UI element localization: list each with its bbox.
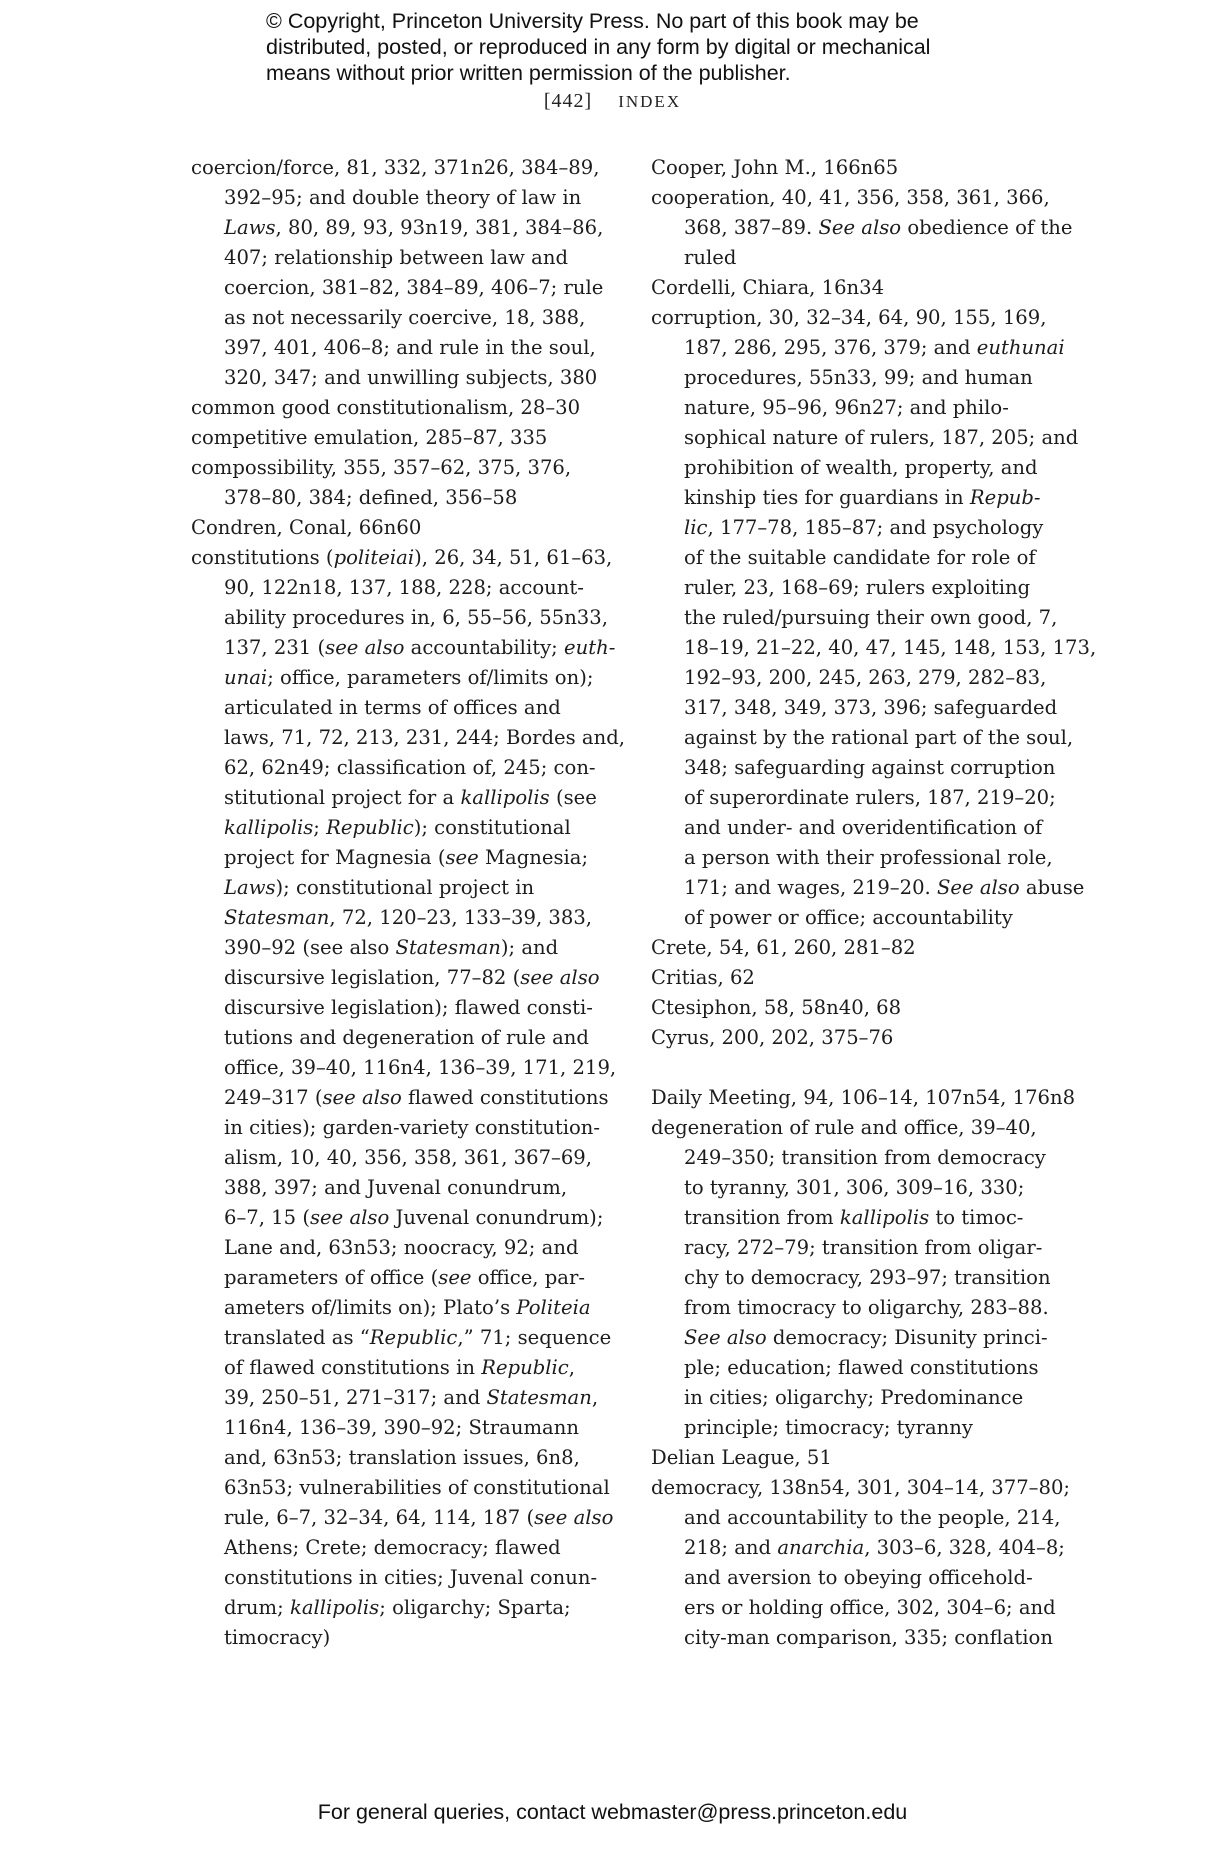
text: in cities); garden-variety constitution- xyxy=(224,1116,600,1139)
text: office, 39–40, 116n4, 136–39, 171, 219, xyxy=(224,1056,616,1079)
italic-text: kallipolis xyxy=(224,816,313,839)
index-entry-continuation: ple; education; flawed constitutions xyxy=(651,1353,1071,1383)
index-entry-continuation: in cities); garden-variety constitution- xyxy=(191,1113,611,1143)
italic-text: kallipolis xyxy=(840,1206,929,1229)
italic-text: see also xyxy=(534,1506,613,1529)
index-entry-continuation: transition from kallipolis to timoc- xyxy=(651,1203,1071,1233)
index-entry-continuation: laws, 71, 72, 213, 231, 244; Bordes and, xyxy=(191,723,611,753)
text: Lane and, 63n53; noocracy, 92; and xyxy=(224,1236,579,1259)
index-entry-continuation: 62, 62n49; classification of, 245; con- xyxy=(191,753,611,783)
index-entry-heading: Delian League, 51 xyxy=(651,1443,1071,1473)
index-entry-continuation: 348; safeguarding against corruption xyxy=(651,753,1071,783)
text: , 80, 89, 93, 93n19, 381, 384–86, xyxy=(276,216,604,239)
index-entry-heading: corruption, 30, 32–34, 64, 90, 155, 169, xyxy=(651,303,1071,333)
text: competitive emulation, 285–87, 335 xyxy=(191,426,547,449)
index-entry: cooperation, 40, 41, 356, 358, 361, 366,… xyxy=(651,183,1071,273)
index-entry-continuation: stitutional project for a kallipolis (se… xyxy=(191,783,611,813)
text: degeneration of rule and office, 39–40, xyxy=(651,1116,1037,1139)
italic-text: unai xyxy=(224,666,267,689)
index-column-left: coercion/force, 81, 332, 371n26, 384–89,… xyxy=(191,153,611,1653)
text: a person with their professional role, xyxy=(684,846,1053,869)
text: 368, 387–89. xyxy=(684,216,818,239)
text: ); constitutional xyxy=(414,816,571,839)
index-entry-continuation: as not necessarily coercive, 18, 388, xyxy=(191,303,611,333)
index-entry-continuation: 392–95; and double theory of law in xyxy=(191,183,611,213)
index-entry-heading: democracy, 138n54, 301, 304–14, 377–80; xyxy=(651,1473,1071,1503)
text: 397, 401, 406–8; and rule in the soul, xyxy=(224,336,596,359)
text: 249–317 ( xyxy=(224,1086,322,1109)
index-entry-heading: Crete, 54, 61, 260, 281–82 xyxy=(651,933,1071,963)
text: ); and xyxy=(501,936,558,959)
text: 390–92 (see also xyxy=(224,936,396,959)
index-entry-continuation: nature, 95–96, 96n27; and philo- xyxy=(651,393,1071,423)
italic-text: euthunai xyxy=(977,336,1065,359)
index-entry: Delian League, 51 xyxy=(651,1443,1071,1473)
text: parameters of office ( xyxy=(224,1266,438,1289)
text: 62, 62n49; classification of, 245; con- xyxy=(224,756,596,779)
index-entry-continuation: 218; and anarchia, 303–6, 328, 404–8; xyxy=(651,1533,1071,1563)
text: 116n4, 136–39, 390–92; Straumann xyxy=(224,1416,579,1439)
index-entry-continuation: kallipolis; Republic); constitutional xyxy=(191,813,611,843)
index-entry-continuation: of superordinate rulers, 187, 219–20; xyxy=(651,783,1071,813)
text: Magnesia; xyxy=(479,846,588,869)
italic-text: Laws xyxy=(224,876,276,899)
index-entry-continuation: 6–7, 15 (see also Juvenal conundrum); xyxy=(191,1203,611,1233)
index-entry-continuation: discursive legislation, 77–82 (see also xyxy=(191,963,611,993)
text: city-man comparison, 335; conflation xyxy=(684,1626,1053,1649)
index-entry: degeneration of rule and office, 39–40,2… xyxy=(651,1113,1071,1443)
italic-text: anarchia xyxy=(777,1536,864,1559)
text: 18–19, 21–22, 40, 47, 145, 148, 153, 173… xyxy=(684,636,1096,659)
index-entry-continuation: articulated in terms of offices and xyxy=(191,693,611,723)
index-entry-continuation: Lane and, 63n53; noocracy, 92; and xyxy=(191,1233,611,1263)
text: compossibility, 355, 357–62, 375, 376, xyxy=(191,456,571,479)
text: 63n53; vulnerabilities of constitutional xyxy=(224,1476,610,1499)
index-entry-heading: compossibility, 355, 357–62, 375, 376, xyxy=(191,453,611,483)
text: ruled xyxy=(684,246,736,269)
index-entry-continuation: principle; timocracy; tyranny xyxy=(651,1413,1071,1443)
italic-text: see xyxy=(445,846,478,869)
copyright-line: © Copyright, Princeton University Press.… xyxy=(266,8,1026,34)
index-entry-continuation: ameters of/limits on); Plato’s Politeia xyxy=(191,1293,611,1323)
text: articulated in terms of offices and xyxy=(224,696,561,719)
index-entry-continuation: 39, 250–51, 271–317; and Statesman, xyxy=(191,1383,611,1413)
index-entry-continuation: from timocracy to oligarchy, 283–88. xyxy=(651,1293,1071,1323)
text: , xyxy=(569,1356,575,1379)
text: 392–95; and double theory of law in xyxy=(224,186,581,209)
italic-text: see also xyxy=(310,1206,389,1229)
text: Juvenal conundrum); xyxy=(389,1206,603,1229)
index-entry: Critias, 62 xyxy=(651,963,1071,993)
text: and, 63n53; translation issues, 6n8, xyxy=(224,1446,580,1469)
index-entry: Daily Meeting, 94, 106–14, 107n54, 176n8 xyxy=(651,1083,1071,1113)
index-entry: democracy, 138n54, 301, 304–14, 377–80;a… xyxy=(651,1473,1071,1653)
text: laws, 71, 72, 213, 231, 244; Bordes and, xyxy=(224,726,625,749)
index-entry-continuation: 407; relationship between law and xyxy=(191,243,611,273)
text: 218; and xyxy=(684,1536,777,1559)
index-entry-heading: constitutions (politeiai), 26, 34, 51, 6… xyxy=(191,543,611,573)
italic-text: Republic xyxy=(370,1326,458,1349)
text: 187, 286, 295, 376, 379; and xyxy=(684,336,977,359)
index-entry: coercion/force, 81, 332, 371n26, 384–89,… xyxy=(191,153,611,393)
index-entry-heading: Cooper, John M., 166n65 xyxy=(651,153,1071,183)
text: , 303–6, 328, 404–8; xyxy=(864,1536,1065,1559)
italic-text: kallipolis xyxy=(460,786,549,809)
index-entry: competitive emulation, 285–87, 335 xyxy=(191,423,611,453)
text: constitutions ( xyxy=(191,546,334,569)
text: tutions and degeneration of rule and xyxy=(224,1026,589,1049)
index-entry-continuation: in cities; oligarchy; Predominance xyxy=(651,1383,1071,1413)
index-entry-continuation: and accountability to the people, 214, xyxy=(651,1503,1071,1533)
index-entry-continuation: 249–350; transition from democracy xyxy=(651,1143,1071,1173)
index-entry-continuation: kinship ties for guardians in Repub- xyxy=(651,483,1071,513)
text: 249–350; transition from democracy xyxy=(684,1146,1046,1169)
text: from timocracy to oligarchy, 283–88. xyxy=(684,1296,1049,1319)
text: abuse xyxy=(1020,876,1085,899)
index-entry-heading: coercion/force, 81, 332, 371n26, 384–89, xyxy=(191,153,611,183)
text: nature, 95–96, 96n27; and philo- xyxy=(684,396,1009,419)
text: and under- and overidentification of xyxy=(684,816,1042,839)
index-entry-continuation: 368, 387–89. See also obedience of the xyxy=(651,213,1071,243)
index-entry-continuation: ability procedures in, 6, 55–56, 55n33, xyxy=(191,603,611,633)
italic-text: see xyxy=(438,1266,471,1289)
text: discursive legislation, 77–82 ( xyxy=(224,966,520,989)
index-entry-continuation: 187, 286, 295, 376, 379; and euthunai xyxy=(651,333,1071,363)
text: ameters of/limits on); Plato’s xyxy=(224,1296,516,1319)
footer-contact: For general queries, contact webmaster@p… xyxy=(0,1800,1225,1825)
text: 378–80, 384; defined, 356–58 xyxy=(224,486,517,509)
copyright-line: means without prior written permission o… xyxy=(266,60,1026,86)
italic-text: Laws xyxy=(224,216,276,239)
index-entry-heading: Critias, 62 xyxy=(651,963,1071,993)
text: of superordinate rulers, 187, 219–20; xyxy=(684,786,1056,809)
text: discursive legislation); flawed consti- xyxy=(224,996,593,1019)
index-entry-heading: cooperation, 40, 41, 356, 358, 361, 366, xyxy=(651,183,1071,213)
text: of power or office; accountability xyxy=(684,906,1013,929)
text: rule, 6–7, 32–34, 64, 114, 187 ( xyxy=(224,1506,534,1529)
index-entry-continuation: See also democracy; Disunity princi- xyxy=(651,1323,1071,1353)
index-entry-continuation: 90, 122n18, 137, 188, 228; account- xyxy=(191,573,611,603)
text: as not necessarily coercive, 18, 388, xyxy=(224,306,585,329)
text: democracy; Disunity princi- xyxy=(767,1326,1048,1349)
blank-line xyxy=(651,1053,1071,1083)
section-gap xyxy=(651,1053,1071,1083)
italic-text: See also xyxy=(937,876,1020,899)
text: common good constitutionalism, 28–30 xyxy=(191,396,580,419)
text: Cordelli, Chiara, 16n34 xyxy=(651,276,884,299)
italic-text: Republic xyxy=(326,816,414,839)
text: 192–93, 200, 245, 263, 279, 282–83, xyxy=(684,666,1046,689)
text: timocracy) xyxy=(224,1626,330,1649)
text: , xyxy=(592,1386,598,1409)
index-entry-continuation: Laws); constitutional project in xyxy=(191,873,611,903)
index-entry-continuation: procedures, 55n33, 99; and human xyxy=(651,363,1071,393)
index-entry-continuation: and aversion to obeying officehold- xyxy=(651,1563,1071,1593)
index-entry-continuation: timocracy) xyxy=(191,1623,611,1653)
index-entry-heading: competitive emulation, 285–87, 335 xyxy=(191,423,611,453)
text: flawed constitutions xyxy=(402,1086,609,1109)
text: ,” 71; sequence xyxy=(457,1326,611,1349)
italic-text: See also xyxy=(818,216,901,239)
index-entry-continuation: tutions and degeneration of rule and xyxy=(191,1023,611,1053)
index-entry-continuation: 137, 231 (see also accountability; euth- xyxy=(191,633,611,663)
text: sophical nature of rulers, 187, 205; and xyxy=(684,426,1078,449)
index-entry-continuation: 171; and wages, 219–20. See also abuse xyxy=(651,873,1071,903)
index-entry: corruption, 30, 32–34, 64, 90, 155, 169,… xyxy=(651,303,1071,933)
text: obedience of the xyxy=(901,216,1072,239)
index-entry-continuation: 249–317 (see also flawed constitutions xyxy=(191,1083,611,1113)
index-entry-continuation: discursive legislation); flawed consti- xyxy=(191,993,611,1023)
text: and aversion to obeying officehold- xyxy=(684,1566,1033,1589)
text: ), 26, 34, 51, 61–63, xyxy=(414,546,612,569)
text: 348; safeguarding against corruption xyxy=(684,756,1055,779)
index-entry-continuation: ruled xyxy=(651,243,1071,273)
index-entry: Cooper, John M., 166n65 xyxy=(651,153,1071,183)
index-entry: Condren, Conal, 66n60 xyxy=(191,513,611,543)
index-entry-continuation: and, 63n53; translation issues, 6n8, xyxy=(191,1443,611,1473)
index-entry-continuation: 18–19, 21–22, 40, 47, 145, 148, 153, 173… xyxy=(651,633,1071,663)
copyright-notice: © Copyright, Princeton University Press.… xyxy=(266,8,1026,86)
index-entry-continuation: city-man comparison, 335; conflation xyxy=(651,1623,1071,1653)
text: Crete, 54, 61, 260, 281–82 xyxy=(651,936,916,959)
text: 317, 348, 349, 373, 396; safeguarded xyxy=(684,696,1057,719)
index-entry-continuation: 378–80, 384; defined, 356–58 xyxy=(191,483,611,513)
index-entry-continuation: to tyranny, 301, 306, 309–16, 330; xyxy=(651,1173,1071,1203)
italic-text: Politeia xyxy=(516,1296,590,1319)
index-entry-continuation: 388, 397; and Juvenal conundrum, xyxy=(191,1173,611,1203)
index-entry: compossibility, 355, 357–62, 375, 376,37… xyxy=(191,453,611,513)
index-entry-heading: Ctesiphon, 58, 58n40, 68 xyxy=(651,993,1071,1023)
text: and accountability to the people, 214, xyxy=(684,1506,1060,1529)
page-number: [442] xyxy=(544,90,592,112)
index-entry-continuation: a person with their professional role, xyxy=(651,843,1071,873)
text: drum; xyxy=(224,1596,290,1619)
text: ); constitutional project in xyxy=(276,876,535,899)
index-entry-continuation: 390–92 (see also Statesman); and xyxy=(191,933,611,963)
text: procedures, 55n33, 99; and human xyxy=(684,366,1033,389)
text: the ruled/pursuing their own good, 7, xyxy=(684,606,1057,629)
index-entry-continuation: 116n4, 136–39, 390–92; Straumann xyxy=(191,1413,611,1443)
index-entry-continuation: against by the rational part of the soul… xyxy=(651,723,1071,753)
text: to timoc- xyxy=(929,1206,1023,1229)
text: of the suitable candidate for role of xyxy=(684,546,1036,569)
italic-text: lic xyxy=(684,516,708,539)
index-column-right: Cooper, John M., 166n65cooperation, 40, … xyxy=(651,153,1071,1653)
text: democracy, 138n54, 301, 304–14, 377–80; xyxy=(651,1476,1070,1499)
text: kinship ties for guardians in xyxy=(684,486,970,509)
index-entry-continuation: sophical nature of rulers, 187, 205; and xyxy=(651,423,1071,453)
text: project for Magnesia ( xyxy=(224,846,445,869)
text: Cyrus, 200, 202, 375–76 xyxy=(651,1026,893,1049)
index-entry-continuation: coercion, 381–82, 384–89, 406–7; rule xyxy=(191,273,611,303)
text: against by the rational part of the soul… xyxy=(684,726,1073,749)
text: coercion, 381–82, 384–89, 406–7; rule xyxy=(224,276,603,299)
text: Ctesiphon, 58, 58n40, 68 xyxy=(651,996,901,1019)
italic-text: Repub- xyxy=(970,486,1041,509)
index-entry-heading: Daily Meeting, 94, 106–14, 107n54, 176n8 xyxy=(651,1083,1071,1113)
index-entry-continuation: unai; office, parameters of/limits on); xyxy=(191,663,611,693)
text: constitutions in cities; Juvenal conun- xyxy=(224,1566,597,1589)
text: 39, 250–51, 271–317; and xyxy=(224,1386,486,1409)
text: cooperation, 40, 41, 356, 358, 361, 366, xyxy=(651,186,1050,209)
italic-text: see also xyxy=(322,1086,401,1109)
index-entry-continuation: 320, 347; and unwilling subjects, 380 xyxy=(191,363,611,393)
text: coercion/force, 81, 332, 371n26, 384–89, xyxy=(191,156,599,179)
index-entry-continuation: chy to democracy, 293–97; transition xyxy=(651,1263,1071,1293)
italic-text: see also xyxy=(520,966,599,989)
italic-text: Statesman xyxy=(224,906,329,929)
index-entry-continuation: lic, 177–78, 185–87; and psychology xyxy=(651,513,1071,543)
italic-text: Statesman xyxy=(486,1386,591,1409)
text: ; xyxy=(313,816,326,839)
text: to tyranny, 301, 306, 309–16, 330; xyxy=(684,1176,1024,1199)
italic-text: Republic xyxy=(481,1356,569,1379)
text: 6–7, 15 ( xyxy=(224,1206,310,1229)
italic-text: kallipolis xyxy=(290,1596,379,1619)
index-entry-continuation: and under- and overidentification of xyxy=(651,813,1071,843)
index-entry-continuation: rule, 6–7, 32–34, 64, 114, 187 (see also xyxy=(191,1503,611,1533)
text: ability procedures in, 6, 55–56, 55n33, xyxy=(224,606,608,629)
italic-text: Statesman xyxy=(396,936,501,959)
text: ple; education; flawed constitutions xyxy=(684,1356,1039,1379)
index-entry-continuation: 317, 348, 349, 373, 396; safeguarded xyxy=(651,693,1071,723)
text: 407; relationship between law and xyxy=(224,246,568,269)
index-entry-continuation: alism, 10, 40, 356, 358, 361, 367–69, xyxy=(191,1143,611,1173)
text: corruption, 30, 32–34, 64, 90, 155, 169, xyxy=(651,306,1046,329)
index-entry-continuation: ruler, 23, 168–69; rulers exploiting xyxy=(651,573,1071,603)
index-entry-continuation: ers or holding office, 302, 304–6; and xyxy=(651,1593,1071,1623)
index-entry-continuation: of the suitable candidate for role of xyxy=(651,543,1071,573)
index-entry-continuation: parameters of office (see office, par- xyxy=(191,1263,611,1293)
italic-text: euth- xyxy=(564,636,615,659)
copyright-line: distributed, posted, or reproduced in an… xyxy=(266,34,1026,60)
index-entry-continuation: the ruled/pursuing their own good, 7, xyxy=(651,603,1071,633)
index-entry-continuation: office, 39–40, 116n4, 136–39, 171, 219, xyxy=(191,1053,611,1083)
text: Athens; Crete; democracy; flawed xyxy=(224,1536,561,1559)
index-entry: Ctesiphon, 58, 58n40, 68 xyxy=(651,993,1071,1023)
section-title: INDEX xyxy=(618,92,681,111)
text: racy, 272–79; transition from oligar- xyxy=(684,1236,1042,1259)
index-entry-continuation: Laws, 80, 89, 93, 93n19, 381, 384–86, xyxy=(191,213,611,243)
index-entry-continuation: of flawed constitutions in Republic, xyxy=(191,1353,611,1383)
text: Cooper, John M., 166n65 xyxy=(651,156,898,179)
text: office, par- xyxy=(472,1266,585,1289)
index-entry-heading: common good constitutionalism, 28–30 xyxy=(191,393,611,423)
text: translated as “ xyxy=(224,1326,370,1349)
text: 171; and wages, 219–20. xyxy=(684,876,937,899)
text: (see xyxy=(550,786,597,809)
text: 90, 122n18, 137, 188, 228; account- xyxy=(224,576,584,599)
index-entry-continuation: Statesman, 72, 120–23, 133–39, 383, xyxy=(191,903,611,933)
text: ; office, parameters of/limits on); xyxy=(267,666,593,689)
text: prohibition of wealth, property, and xyxy=(684,456,1038,479)
index-entry-continuation: constitutions in cities; Juvenal conun- xyxy=(191,1563,611,1593)
index-entry-continuation: drum; kallipolis; oligarchy; Sparta; xyxy=(191,1593,611,1623)
index-entry: Cyrus, 200, 202, 375–76 xyxy=(651,1023,1071,1053)
text: ; oligarchy; Sparta; xyxy=(379,1596,570,1619)
text: ers or holding office, 302, 304–6; and xyxy=(684,1596,1056,1619)
text: 320, 347; and unwilling subjects, 380 xyxy=(224,366,597,389)
text: , 177–78, 185–87; and psychology xyxy=(708,516,1044,539)
index-entry-heading: Cyrus, 200, 202, 375–76 xyxy=(651,1023,1071,1053)
index-entry: common good constitutionalism, 28–30 xyxy=(191,393,611,423)
index-entry-heading: degeneration of rule and office, 39–40, xyxy=(651,1113,1071,1143)
index-entry-continuation: of power or office; accountability xyxy=(651,903,1071,933)
text: of flawed constitutions in xyxy=(224,1356,481,1379)
text: accountability; xyxy=(404,636,564,659)
text: alism, 10, 40, 356, 358, 361, 367–69, xyxy=(224,1146,592,1169)
text: Delian League, 51 xyxy=(651,1446,832,1469)
text: Daily Meeting, 94, 106–14, 107n54, 176n8 xyxy=(651,1086,1075,1109)
index-entry-continuation: 63n53; vulnerabilities of constitutional xyxy=(191,1473,611,1503)
index-entry: constitutions (politeiai), 26, 34, 51, 6… xyxy=(191,543,611,1653)
text: ruler, 23, 168–69; rulers exploiting xyxy=(684,576,1030,599)
italic-text: see also xyxy=(325,636,404,659)
text: Critias, 62 xyxy=(651,966,755,989)
text: transition from xyxy=(684,1206,840,1229)
text: Condren, Conal, 66n60 xyxy=(191,516,421,539)
text: 137, 231 ( xyxy=(224,636,325,659)
text: stitutional project for a xyxy=(224,786,460,809)
index-entry-heading: Cordelli, Chiara, 16n34 xyxy=(651,273,1071,303)
italic-text: See also xyxy=(684,1326,767,1349)
text: 388, 397; and Juvenal conundrum, xyxy=(224,1176,567,1199)
index-entry-continuation: 192–93, 200, 245, 263, 279, 282–83, xyxy=(651,663,1071,693)
index-entry-heading: Condren, Conal, 66n60 xyxy=(191,513,611,543)
index-entry-continuation: project for Magnesia (see Magnesia; xyxy=(191,843,611,873)
running-head: [442]INDEX xyxy=(0,90,1225,113)
index-entry-continuation: 397, 401, 406–8; and rule in the soul, xyxy=(191,333,611,363)
index-entry: Cordelli, Chiara, 16n34 xyxy=(651,273,1071,303)
text: , 72, 120–23, 133–39, 383, xyxy=(329,906,592,929)
index-entry: Crete, 54, 61, 260, 281–82 xyxy=(651,933,1071,963)
index-entry-continuation: translated as “Republic,” 71; sequence xyxy=(191,1323,611,1353)
text: chy to democracy, 293–97; transition xyxy=(684,1266,1051,1289)
text: in cities; oligarchy; Predominance xyxy=(684,1386,1023,1409)
italic-text: politeiai xyxy=(334,546,415,569)
text: principle; timocracy; tyranny xyxy=(684,1416,973,1439)
index-entry-continuation: prohibition of wealth, property, and xyxy=(651,453,1071,483)
index-entry-continuation: Athens; Crete; democracy; flawed xyxy=(191,1533,611,1563)
index-entry-continuation: racy, 272–79; transition from oligar- xyxy=(651,1233,1071,1263)
